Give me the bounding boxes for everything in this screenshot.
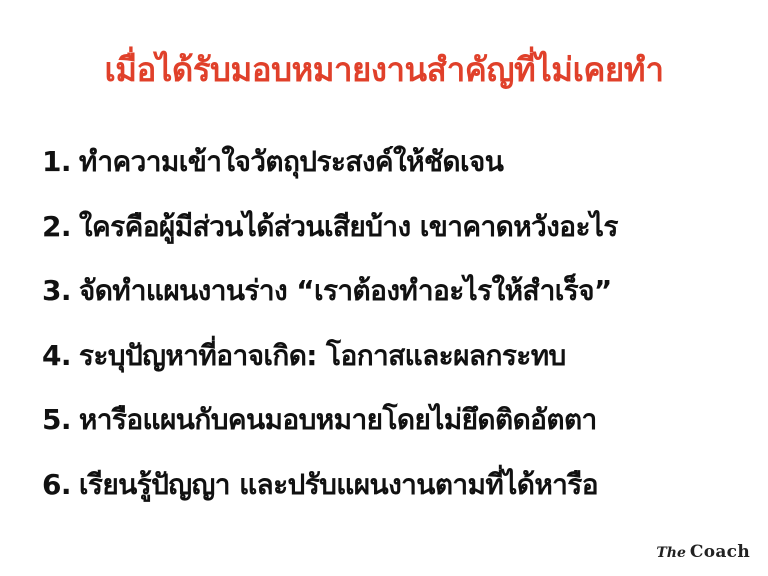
list-item: 4.ระบุปัญหาที่อาจเกิด: โอกาสและผลกระทบ: [42, 332, 618, 397]
list-item: 2.ใครคือผู้มีส่วนได้ส่วนเสียบ้าง เขาคาดห…: [42, 203, 618, 268]
item-text: ทำความเข้าใจวัตถุประสงค์ให้ชัดเจน: [79, 145, 503, 178]
item-number: 5.: [42, 403, 71, 436]
the-coach-logo: The Coach: [656, 542, 750, 562]
list-item: 5.หารือแผนกับคนมอบหมายโดยไม่ยึดติดอัตตา: [42, 396, 618, 461]
item-text: เรียนรู้ปัญญา และปรับแผนงานตามที่ได้หารื…: [79, 468, 598, 501]
item-number: 6.: [42, 468, 71, 501]
item-text: หารือแผนกับคนมอบหมายโดยไม่ยึดติดอัตตา: [79, 403, 597, 436]
item-text: จัดทำแผนงานร่าง “เราต้องทำอะไรให้สำเร็จ”: [79, 274, 612, 307]
list-item: 1.ทำความเข้าใจวัตถุประสงค์ให้ชัดเจน: [42, 138, 618, 203]
item-text: ระบุปัญหาที่อาจเกิด: โอกาสและผลกระทบ: [79, 339, 566, 372]
item-number: 2.: [42, 210, 71, 243]
item-text: ใครคือผู้มีส่วนได้ส่วนเสียบ้าง เขาคาดหวั…: [79, 210, 618, 243]
logo-prefix: The: [656, 545, 686, 561]
item-number: 3.: [42, 274, 71, 307]
list-item: 3.จัดทำแผนงานร่าง “เราต้องทำอะไรให้สำเร็…: [42, 267, 618, 332]
list-item: 6.เรียนรู้ปัญญา และปรับแผนงานตามที่ได้หา…: [42, 461, 618, 526]
page-title: เมื่อได้รับมอบหมายงานสำคัญที่ไม่เคยทำ: [0, 44, 768, 96]
item-number: 4.: [42, 339, 71, 372]
steps-list: 1.ทำความเข้าใจวัตถุประสงค์ให้ชัดเจน 2.ใค…: [42, 138, 618, 526]
logo-name: Coach: [690, 542, 750, 562]
item-number: 1.: [42, 145, 71, 178]
